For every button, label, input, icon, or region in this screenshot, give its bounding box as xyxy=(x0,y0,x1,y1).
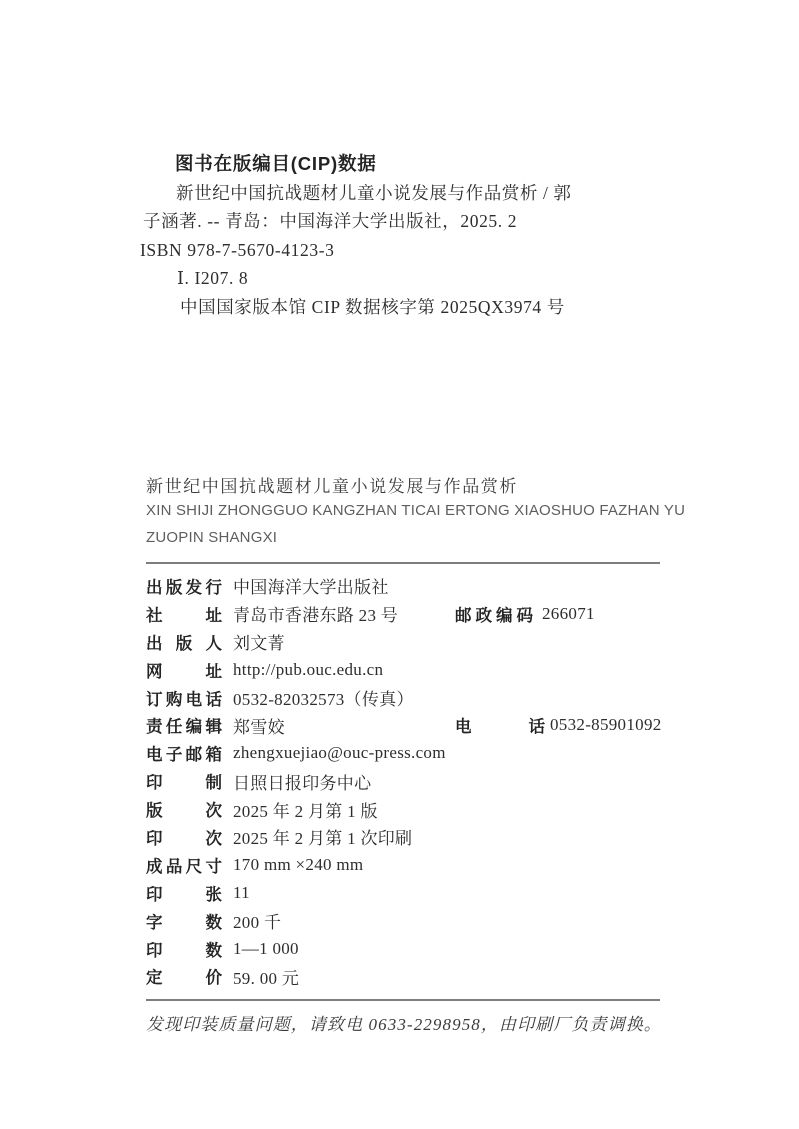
row-label: 印制 xyxy=(146,769,222,793)
row-label: 印数 xyxy=(146,937,222,961)
row-label: 印张 xyxy=(146,881,222,905)
row-value: 59. 00 元 xyxy=(233,964,299,989)
cip-line-classification: Ⅰ. I207. 8 xyxy=(177,264,700,293)
row-price: 定价 59. 00 元 xyxy=(146,962,660,990)
row-publisher-person: 出版人 刘文菁 xyxy=(146,628,660,656)
row-label: 网址 xyxy=(146,658,222,682)
top-divider xyxy=(146,562,660,564)
row-impression: 印次 2025 年 2 月第 1 次印刷 xyxy=(146,823,660,851)
row-label: 出版人 xyxy=(146,630,222,654)
row-value: 11 xyxy=(233,883,250,903)
row-label: 出版发行 xyxy=(146,574,222,598)
row-value-url: http://pub.ouc.edu.cn xyxy=(233,660,383,680)
cip-header: 图书在版编目(CIP)数据 xyxy=(175,150,700,179)
row-value: 2025 年 2 月第 1 次印刷 xyxy=(233,824,412,849)
row-website: 网址 http://pub.ouc.edu.cn xyxy=(146,656,660,684)
row-word-count: 字数 200 千 xyxy=(146,907,660,935)
colophon-table: 出版发行 中国海洋大学出版社 社址 青岛市香港东路 23 号 邮政编码 2660… xyxy=(146,572,660,990)
quality-note: 发现印装质量问题，请致电 0633-2298958，由印刷厂负责调换。 xyxy=(146,1010,662,1035)
row-edition: 版次 2025 年 2 月第 1 版 xyxy=(146,795,660,823)
row-value: 0532-82032573（传真） xyxy=(233,685,414,710)
row-value: 中国海洋大学出版社 xyxy=(233,573,389,598)
row-label: 字数 xyxy=(146,909,222,933)
row-value: 1—1 000 xyxy=(233,939,299,959)
row-value: 日照日报印务中心 xyxy=(233,769,371,794)
row-label: 电子邮箱 xyxy=(146,741,222,765)
cip-line-publisher: 子涵著. -- 青岛：中国海洋大学出版社，2025. 2 xyxy=(143,207,700,236)
row-address: 社址 青岛市香港东路 23 号 邮政编码 266071 xyxy=(146,600,660,628)
row-label: 订购电话 xyxy=(146,686,222,710)
cip-line-isbn: ISBN 978-7-5670-4123-3 xyxy=(140,236,700,265)
row-publisher: 出版发行 中国海洋大学出版社 xyxy=(146,572,660,600)
row-value-postcode: 266071 xyxy=(542,604,595,624)
row-sheets: 印张 11 xyxy=(146,879,660,907)
row-value: 170 mm ×240 mm xyxy=(233,855,363,875)
row-editor: 责任编辑 郑雪姣 电话 0532-85901092 xyxy=(146,711,660,739)
row-value: 200 千 xyxy=(233,908,281,933)
row-label: 成品尺寸 xyxy=(146,853,222,877)
cip-line-registry: 中国国家版本馆 CIP 数据核字第 2025QX3974 号 xyxy=(180,293,700,322)
book-title-pinyin-line2: ZUOPIN SHANGXI xyxy=(146,529,277,546)
row-printer: 印制 日照日报印务中心 xyxy=(146,767,660,795)
row-value: 青岛市香港东路 23 号 xyxy=(233,601,398,626)
book-title-pinyin-line1: XIN SHIJI ZHONGGUO KANGZHAN TICAI ERTONG… xyxy=(146,502,685,519)
row-value-phone: 0532-85901092 xyxy=(550,715,662,735)
row-label: 社址 xyxy=(146,602,222,626)
row-label-phone: 电话 xyxy=(455,713,545,737)
row-label: 责任编辑 xyxy=(146,713,222,737)
row-value: 2025 年 2 月第 1 版 xyxy=(233,797,378,822)
row-value: 刘文菁 xyxy=(233,629,285,654)
row-size: 成品尺寸 170 mm ×240 mm xyxy=(146,851,660,879)
cip-line-title: 新世纪中国抗战题材儿童小说发展与作品赏析 / 郭 xyxy=(176,179,700,208)
row-email: 电子邮箱 zhengxuejiao@ouc-press.com xyxy=(146,739,660,767)
cip-block: 图书在版编目(CIP)数据 新世纪中国抗战题材儿童小说发展与作品赏析 / 郭 子… xyxy=(140,150,700,321)
book-title: 新世纪中国抗战题材儿童小说发展与作品赏析 xyxy=(146,472,518,497)
row-label-postcode: 邮政编码 xyxy=(455,602,533,626)
row-value: 郑雪姣 xyxy=(233,713,285,738)
row-label: 印次 xyxy=(146,825,222,849)
copyright-page: 图书在版编目(CIP)数据 新世纪中国抗战题材儿童小说发展与作品赏析 / 郭 子… xyxy=(0,0,799,1129)
bottom-divider xyxy=(146,999,660,1001)
row-label: 定价 xyxy=(146,964,222,988)
row-label: 版次 xyxy=(146,797,222,821)
row-value-email: zhengxuejiao@ouc-press.com xyxy=(233,743,446,763)
row-order-phone: 订购电话 0532-82032573（传真） xyxy=(146,684,660,712)
row-print-run: 印数 1—1 000 xyxy=(146,935,660,963)
